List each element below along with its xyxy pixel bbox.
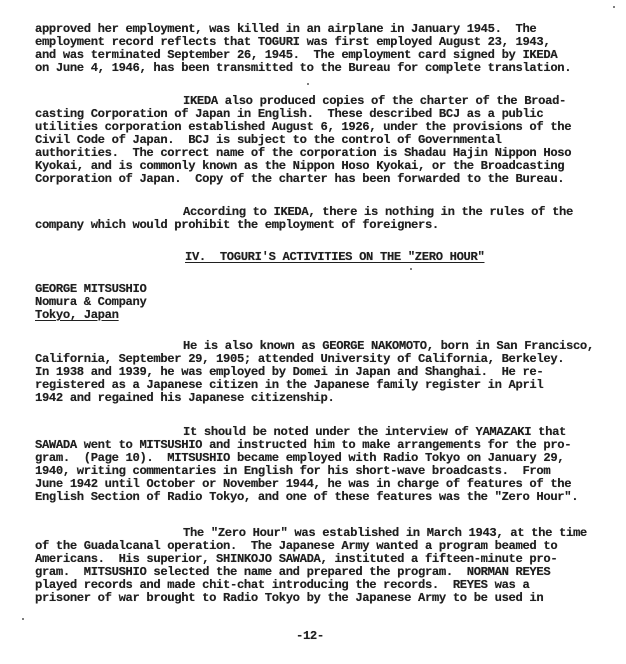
text-line: 1942 and regained his Japanese citizensh… <box>35 392 334 405</box>
page-number: -12- <box>296 630 324 643</box>
section-heading: IV. TOGURI'S ACTIVITIES ON THE "ZERO HOU… <box>185 251 484 264</box>
scan-speck <box>307 83 309 85</box>
address-location: Tokyo, Japan <box>35 309 119 322</box>
text-line: on June 4, 1946, has been transmitted to… <box>35 62 571 75</box>
text-line: English Section of Radio Tokyo, and one … <box>35 491 578 504</box>
scan-speck <box>410 268 412 270</box>
document-page: approved her employment, was killed in a… <box>0 0 626 664</box>
scan-speck <box>613 6 615 8</box>
text-line: company which would prohibit the employm… <box>35 219 439 232</box>
scan-speck <box>22 618 24 620</box>
text-line: prisoner of war brought to Radio Tokyo b… <box>35 592 543 605</box>
text-line: Corporation of Japan. Copy of the charte… <box>35 173 564 186</box>
